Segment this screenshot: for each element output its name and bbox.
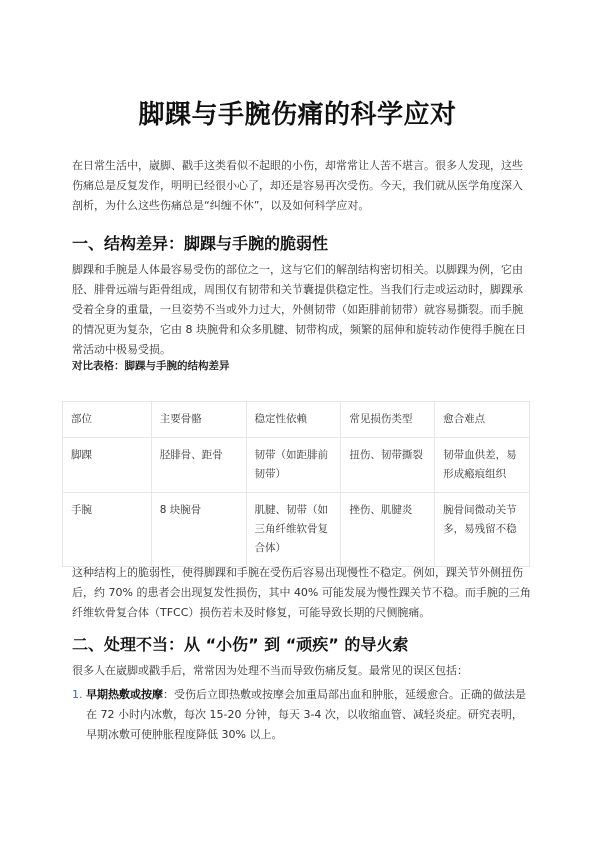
table-header-row: 部位 主要骨骼 稳定性依赖 常见损伤类型 愈合难点 — [63, 402, 530, 438]
table-cell: 腕骨间微动关节多，易残留不稳 — [435, 493, 530, 567]
table-row: 脚踝 胫腓骨、距骨 韧带（如距腓前韧带） 扭伤、韧带撕裂 韧带血供差，易形成瘢痕… — [63, 438, 530, 493]
table-cell: 8 块腕骨 — [151, 493, 246, 567]
table-cell: 肌腱、韧带（如三角纤维软骨复合体） — [246, 493, 341, 567]
table-header-cell: 部位 — [63, 402, 152, 438]
table-header-cell: 主要骨骼 — [151, 402, 246, 438]
misconception-list: 1. 早期热敷或按摩：受伤后立即热敷或按摩会加重局部出血和肿胀，延缓愈合。正确的… — [72, 685, 532, 745]
table-cell: 挫伤、肌腱炎 — [341, 493, 435, 567]
after-table-paragraph: 这种结构上的脆弱性，使得脚踝和手腕在受伤后容易出现慢性不稳定。例如，踝关节外侧扭… — [72, 563, 532, 623]
table-cell: 胫腓骨、距骨 — [151, 438, 246, 493]
page-title: 脚踝与手腕伤痛的科学应对 — [0, 94, 595, 131]
table-caption: 对比表格：脚踝与手腕的结构差异 — [72, 358, 230, 373]
comparison-table: 部位 主要骨骼 稳定性依赖 常见损伤类型 愈合难点 脚踝 胫腓骨、距骨 韧带（如… — [62, 401, 530, 567]
section1-heading: 一、结构差异：脚踝与手腕的脆弱性 — [72, 231, 328, 254]
table-header-cell: 稳定性依赖 — [246, 402, 341, 438]
section2-paragraph: 很多人在崴脚或戳手后，常常因为处理不当而导致伤痛反复。最常见的误区包括： — [72, 661, 532, 681]
table-cell: 韧带血供差，易形成瘢痕组织 — [435, 438, 530, 493]
table-header-cell: 愈合难点 — [435, 402, 530, 438]
table-cell: 手腕 — [63, 493, 152, 567]
table-row: 手腕 8 块腕骨 肌腱、韧带（如三角纤维软骨复合体） 挫伤、肌腱炎 腕骨间微动关… — [63, 493, 530, 567]
document-page: 脚踝与手腕伤痛的科学应对 在日常生活中，崴脚、戳手这类看似不起眼的小伤，却常常让… — [0, 0, 595, 841]
list-number: 1. — [72, 685, 83, 705]
table-cell: 脚踝 — [63, 438, 152, 493]
table-header-cell: 常见损伤类型 — [341, 402, 435, 438]
intro-paragraph: 在日常生活中，崴脚、戳手这类看似不起眼的小伤，却常常让人苦不堪言。很多人发现，这… — [72, 156, 532, 216]
section2-heading: 二、处理不当：从 “小伤” 到 “顽疾” 的导火索 — [72, 632, 408, 655]
section1-paragraph: 脚踝和手腕是人体最容易受伤的部位之一，这与它们的解剖结构密切相关。以脚踝为例，它… — [72, 260, 532, 360]
list-item-title: 早期热敷或按摩 — [86, 688, 163, 701]
list-item: 1. 早期热敷或按摩：受伤后立即热敷或按摩会加重局部出血和肿胀，延缓愈合。正确的… — [72, 685, 532, 745]
table-cell: 韧带（如距腓前韧带） — [246, 438, 341, 493]
table-cell: 扭伤、韧带撕裂 — [341, 438, 435, 493]
